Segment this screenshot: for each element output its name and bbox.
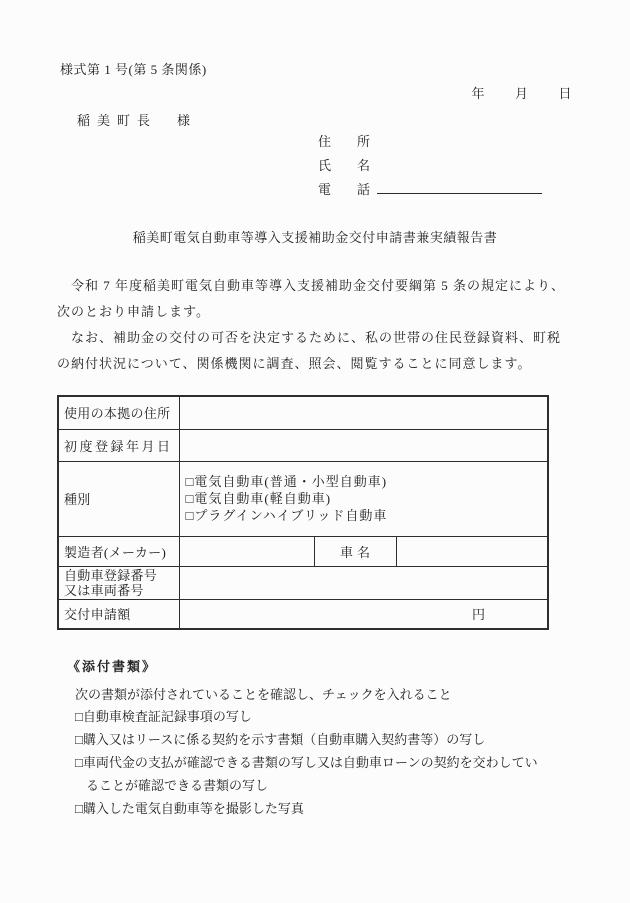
registration-number-label: 自動車登録番号 又は車両番号 xyxy=(58,566,179,599)
attachment-item-label: 車両代金の支払が確認できる書類の写し又は自動車ローンの契約を交わしてい xyxy=(83,755,538,770)
name-label: 氏 名 xyxy=(318,155,370,174)
manufacturer-value-cell xyxy=(179,536,314,566)
attachment-item-label: 自動車検査証記録事項の写し xyxy=(83,709,252,724)
application-form-page: 様式第 1 号(第 5 条関係) 年 月 日 稲美町長 様 住 所 氏 名 電 … xyxy=(0,0,630,903)
row-application-amount: 交付申請額 円 xyxy=(58,599,548,629)
addressee-line: 稲美町長 様 xyxy=(77,110,197,129)
vehicle-info-table: 使用の本拠の住所 初度登録年月日 種別 □電気自動車(普通・小型自動車) □電気… xyxy=(57,395,549,630)
row-manufacturer: 製造者(メーカー) 車名 xyxy=(58,536,548,566)
checkbox-icon: □ xyxy=(75,755,83,770)
first-registration-value-cell xyxy=(179,429,548,461)
attachment-item-payment-proof-continued: ることが確認できる書類の写し xyxy=(86,775,268,794)
vehicle-type-option-ev: □電気自動車(普通・小型自動車) xyxy=(186,473,548,490)
base-location-value-cell xyxy=(179,396,548,429)
attachment-item-label: 購入した電気自動車等を撮影した写真 xyxy=(83,801,304,816)
body-paragraphs: 令和 7 年度稲美町電気自動車等導入支援補助金交付要綱第 5 条の規定により、 … xyxy=(57,273,573,377)
form-number: 様式第 1 号(第 5 条関係) xyxy=(60,59,207,78)
first-registration-label: 初度登録年月日 xyxy=(58,429,179,461)
attachment-item-label: ることが確認できる書類の写し xyxy=(86,778,268,793)
phone-label: 電 話 xyxy=(318,179,370,198)
paragraph-consent: なお、補助金の交付の可否を決定するために、私の世帯の住民登録資料、町税 の納付状… xyxy=(57,325,573,377)
checkbox-icon: □ xyxy=(75,709,83,724)
manufacturer-label: 製造者(メーカー) xyxy=(58,536,179,566)
vehicle-type-option-phev: □プラグインハイブリッド自動車 xyxy=(186,507,548,524)
row-registration-number: 自動車登録番号 又は車両番号 xyxy=(58,566,548,599)
attachment-item-payment-proof: □車両代金の支払が確認できる書類の写し又は自動車ローンの契約を交わしてい xyxy=(75,752,538,771)
attachment-item-photo: □購入した電気自動車等を撮影した写真 xyxy=(75,798,304,817)
attachment-item-label: 購入又はリースに係る契約を示す書類（自動車購入契約書等）の写し xyxy=(83,732,485,747)
car-name-label: 車名 xyxy=(314,536,396,566)
date-line: 年 月 日 xyxy=(0,83,573,102)
base-location-label: 使用の本拠の住所 xyxy=(58,396,179,429)
vehicle-type-option-kei-ev: □電気自動車(軽自動車) xyxy=(186,490,548,507)
paragraph-application: 令和 7 年度稲美町電気自動車等導入支援補助金交付要綱第 5 条の規定により、 … xyxy=(57,273,573,325)
option-label: プラグインハイブリッド自動車 xyxy=(194,508,387,523)
option-label: 電気自動車(軽自動車) xyxy=(194,491,331,506)
row-first-registration: 初度登録年月日 xyxy=(58,429,548,461)
car-name-value-cell xyxy=(396,536,548,566)
application-amount-value-cell: 円 xyxy=(179,599,548,629)
attachments-instruction: 次の書類が添付されていることを確認し、チェックを入れること xyxy=(75,684,452,703)
vehicle-type-label: 種別 xyxy=(58,461,179,536)
yen-unit-label: 円 xyxy=(472,607,485,622)
document-title: 稲美町電気自動車等導入支援補助金交付申請書兼実績報告書 xyxy=(0,227,630,246)
vehicle-type-options-cell: □電気自動車(普通・小型自動車) □電気自動車(軽自動車) □プラグインハイブリ… xyxy=(179,461,548,536)
phone-fill-line xyxy=(377,193,542,194)
option-label: 電気自動車(普通・小型自動車) xyxy=(194,474,387,489)
registration-number-value-cell xyxy=(179,566,548,599)
attachments-heading: 《添付書類》 xyxy=(67,656,157,675)
row-base-location: 使用の本拠の住所 xyxy=(58,396,548,429)
application-amount-label: 交付申請額 xyxy=(58,599,179,629)
address-label: 住 所 xyxy=(318,131,370,150)
attachment-item-contract-copy: □購入又はリースに係る契約を示す書類（自動車購入契約書等）の写し xyxy=(75,729,485,748)
attachment-item-inspection-copy: □自動車検査証記録事項の写し xyxy=(75,706,252,725)
checkbox-icon: □ xyxy=(75,801,83,816)
checkbox-icon: □ xyxy=(75,732,83,747)
row-vehicle-type: 種別 □電気自動車(普通・小型自動車) □電気自動車(軽自動車) □プラグインハ… xyxy=(58,461,548,536)
